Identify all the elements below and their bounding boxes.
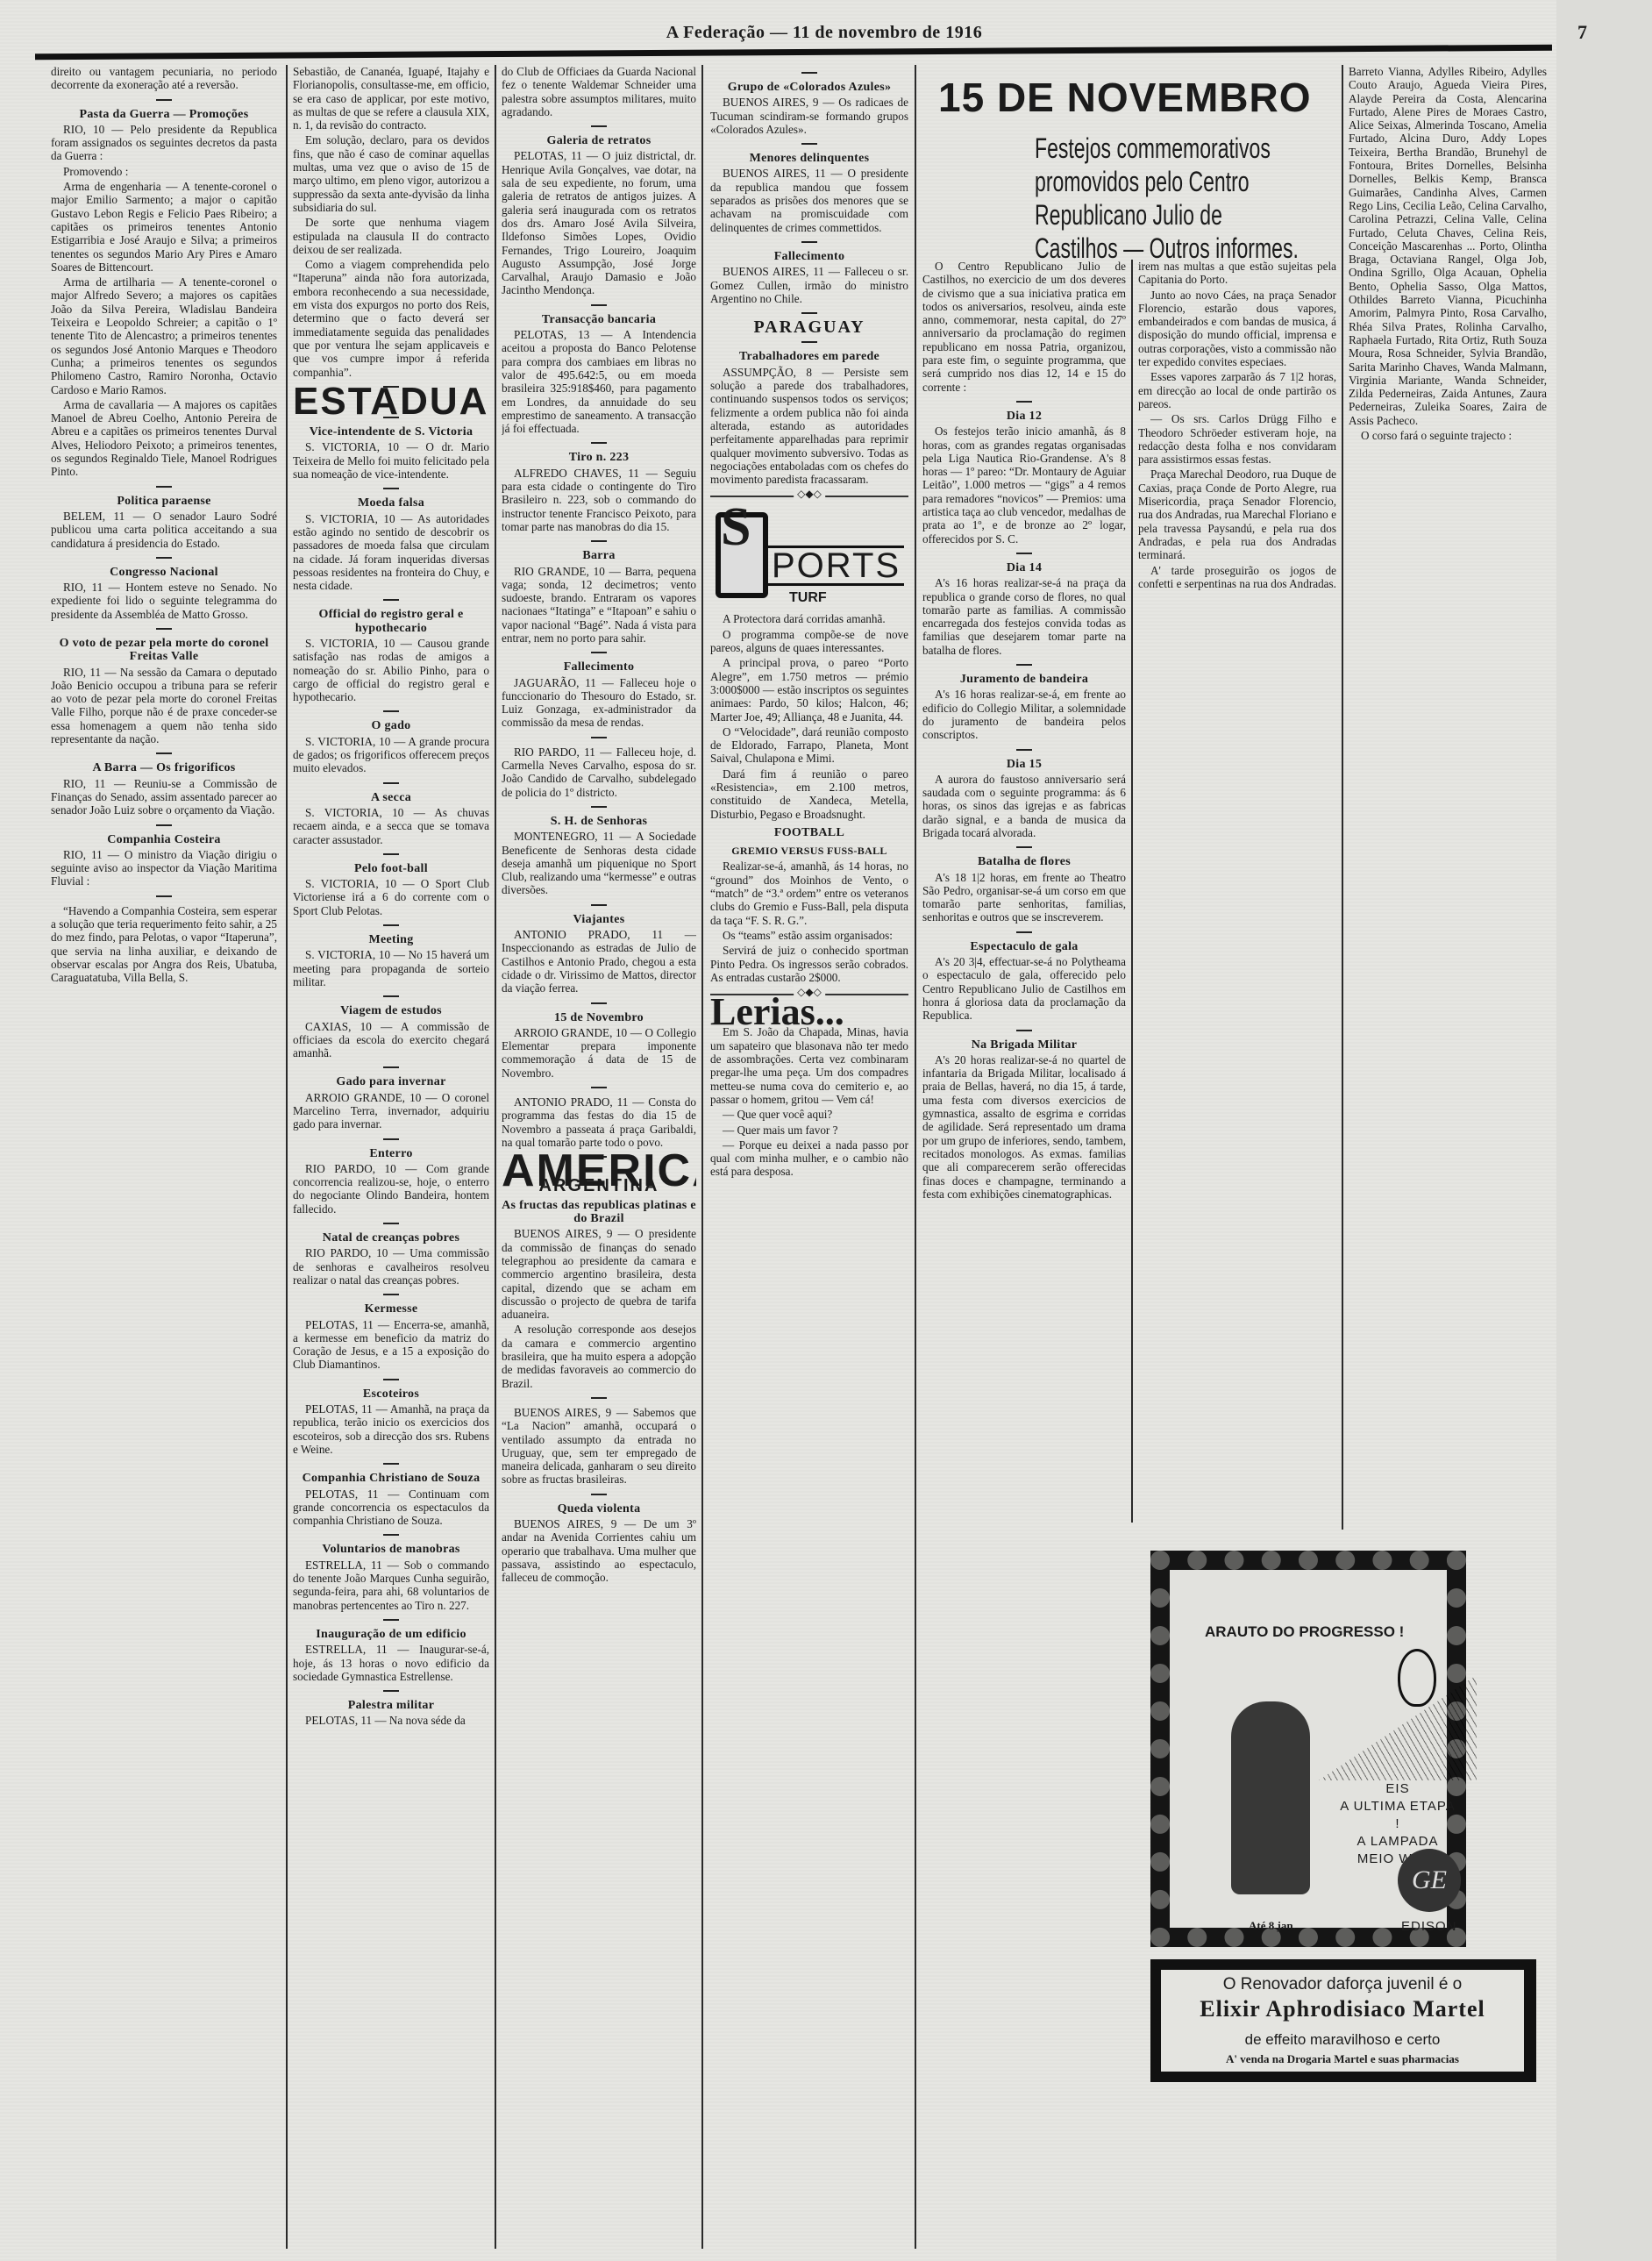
slogan-line: A ULTIMA ETAPA !	[1336, 1798, 1459, 1833]
paragraph: A's 16 horas realizar-se-á, em frente ao…	[922, 688, 1126, 741]
separator-dash	[801, 72, 817, 74]
section-heading: Galeria de retratos	[502, 134, 696, 147]
paragraph: PELOTAS, 11 — Amanhã, na praça da republ…	[293, 1402, 489, 1456]
separator-dash	[591, 1002, 607, 1004]
main-headline: 15 DE NOVEMBRO	[938, 74, 1315, 121]
column-divider	[495, 65, 496, 2249]
paragraph: S. VICTORIA, 10 — A grande procura de ga…	[293, 735, 489, 775]
column-divider	[915, 65, 916, 2249]
section-heading: Companhia Christiano de Souza	[293, 1472, 489, 1485]
paragraph: S. VICTORIA, 10 — O dr. Mario Teixeira d…	[293, 440, 489, 481]
section-heading: Fallecimento	[502, 660, 696, 674]
separator-dash	[383, 1463, 399, 1465]
section-heading: Natal de creanças pobres	[293, 1231, 489, 1245]
herald-figure-illustration	[1231, 1701, 1310, 1894]
column-divider	[1131, 260, 1133, 1523]
paragraph: ANTONIO PRADO, 11 — Inspeccionando as es…	[502, 928, 696, 995]
paragraph: RIO PARDO, 10 — Uma commissão de senhora…	[293, 1246, 489, 1287]
paragraph: “Havendo a Companhia Costeira, sem esper…	[51, 904, 277, 985]
paragraph: Arma de engenharia — A tenente-coronel o…	[51, 180, 277, 274]
separator-dash	[383, 1223, 399, 1224]
column-6: irem nas multas a que estão sujeitas pel…	[1138, 260, 1336, 1523]
column-5: O Centro Republicano Julio de Castilhos,…	[922, 260, 1126, 2250]
section-heading: Moeda falsa	[293, 496, 489, 510]
paragraph: S. VICTORIA, 10 — O Sport Club Victorien…	[293, 877, 489, 917]
lightbulb-icon	[1398, 1649, 1436, 1707]
separator-dash	[383, 1138, 399, 1140]
paragraph: O programma compõe-se de nove pareos, al…	[710, 628, 908, 655]
separator-dash	[156, 895, 172, 897]
separator-dash	[156, 824, 172, 826]
paragraph: irem nas multas a que estão sujeitas pel…	[1138, 260, 1336, 287]
section-heading: Dia 12	[922, 410, 1126, 423]
section-heading: As fructas das republicas platinas e do …	[502, 1199, 696, 1226]
section-heading: A Barra — Os frigorificos	[51, 761, 277, 774]
separator-dash	[1016, 846, 1032, 848]
main-subheadline: Festejos commemorativos promovidos pelo …	[1035, 132, 1300, 265]
paragraph: Arma de cavallaria — A majores os capitã…	[51, 398, 277, 479]
paragraph: RIO, 11 — O ministro da Viação dirigiu o…	[51, 848, 277, 888]
separator-dash	[383, 782, 399, 784]
paragraph: — Os srs. Carlos Drügg Filho e Theodoro …	[1138, 412, 1336, 466]
separator-dash	[156, 99, 172, 101]
slogan-line: A LAMPADA	[1336, 1833, 1459, 1851]
brand-name: EDISON	[1401, 1919, 1457, 1934]
paragraph: BUENOS AIRES, 9 — O presidente da commis…	[502, 1227, 696, 1321]
section-heading: Gado para invernar	[293, 1075, 489, 1088]
section-heading: Viajantes	[502, 913, 696, 926]
separator-dash	[591, 737, 607, 738]
edison-lamp-advertisement: ARAUTO DO PROGRESSO ! EIS A ULTIMA ETAPA…	[1150, 1551, 1466, 1947]
paragraph: RIO GRANDE, 10 — Barra, pequena vaga; so…	[502, 565, 696, 645]
paragraph: PELOTAS, 11 — Continuam com grande conco…	[293, 1487, 489, 1528]
section-heading: A secca	[293, 791, 489, 804]
paragraph: ANTONIO PRADO, 11 — Consta do programma …	[502, 1095, 696, 1149]
separator-dash	[383, 710, 399, 712]
separator-dash	[383, 924, 399, 926]
paragraph: Praça Marechal Deodoro, rua Duque de Cax…	[1138, 467, 1336, 561]
section-heading: Vice-intendente de S. Victoria	[293, 425, 489, 439]
separator-dash	[156, 486, 172, 488]
paragraph: A principal prova, o pareo “Porto Alegre…	[710, 656, 908, 723]
section-heading: Viagem de estudos	[293, 1004, 489, 1017]
section-heading: Politica paraense	[51, 495, 277, 508]
paragraph: S. VICTORIA, 10 — No 15 haverá um meetin…	[293, 948, 489, 988]
paragraph: BUENOS AIRES, 9 — De um 3º andar na Aven…	[502, 1517, 696, 1584]
paragraph: Dará fim á reunião o pareo «Resistencia»…	[710, 767, 908, 821]
section-heading: Kermesse	[293, 1302, 489, 1316]
section-heading: Menores delinquentes	[710, 152, 908, 165]
estadual-heading: ESTADUAL	[293, 395, 489, 408]
paragraph: ESTRELLA, 11 — Inaugurar-se-á, hoje, ás …	[293, 1643, 489, 1683]
paragraph: Sebastião, de Cananéa, Iguapé, Itajahy e…	[293, 65, 489, 132]
separator-dash	[591, 1087, 607, 1088]
names-list: Barreto Vianna, Adylles Ribeiro, Adylles…	[1349, 65, 1547, 427]
section-heading: Fallecimento	[710, 250, 908, 263]
paragraph: A's 18 1|2 horas, em frente ao Theatro S…	[922, 871, 1126, 924]
separator-dash	[591, 540, 607, 542]
separator-dash	[383, 1534, 399, 1536]
paragraph: PELOTAS, 11 — O juiz districtal, dr. Hen…	[502, 149, 696, 296]
separator-dash	[383, 599, 399, 601]
paragraph: ESTRELLA, 11 — Sob o commando do tenente…	[293, 1558, 489, 1612]
column-divider	[286, 65, 288, 2249]
paragraph: Os “teams” estão assim organisados:	[710, 929, 908, 942]
paragraph: Junto ao novo Cáes, na praça Senador Flo…	[1138, 289, 1336, 369]
section-heading: Palestra militar	[293, 1699, 489, 1712]
paragraph: A's 20 horas realizar-se-á no quartel de…	[922, 1053, 1126, 1201]
paragraph: Promovendo :	[51, 165, 277, 178]
section-heading: Congresso Nacional	[51, 566, 277, 579]
column-1: direito ou vantagem pecuniaria, no perio…	[51, 65, 277, 2249]
paragraph: A aurora do faustoso anniversario será s…	[922, 773, 1126, 839]
paragraph: S. VICTORIA, 10 — Causou grande satisfaç…	[293, 637, 489, 703]
section-heading: Barra	[502, 549, 696, 562]
paragraph: JAGUARÃO, 11 — Falleceu hoje o funcciona…	[502, 676, 696, 730]
paragraph: BUENOS AIRES, 11 — Falleceu o sr. Gomez …	[710, 265, 908, 305]
paragraph: O corso fará o seguinte trajecto :	[1349, 429, 1547, 442]
paragraph: O Centro Republicano Julio de Castilhos,…	[922, 260, 1126, 394]
light-rays-illustration	[1319, 1675, 1477, 1780]
section-heading: Transacção bancaria	[502, 313, 696, 326]
separator-dash	[591, 904, 607, 906]
paragraph: RIO, 11 — Reuniu-se a Commissão de Finan…	[51, 777, 277, 817]
section-list: Politica paraenseBELEM, 11 — O senador L…	[51, 486, 277, 985]
paragraph: ARROIO GRANDE, 10 — O coronel Marcelino …	[293, 1091, 489, 1131]
section-heading: Pasta da Guerra — Promoções	[51, 108, 277, 121]
separator-dash	[1016, 931, 1032, 933]
ad-product-name: Elixir Aphrodisiaco Martel	[1161, 1996, 1524, 2022]
section-heading: Enterro	[293, 1147, 489, 1160]
section-heading: Trabalhadores em parede	[710, 350, 908, 363]
masthead-title: A Federação — 11 de novembro de 1916	[666, 23, 982, 43]
ornament-divider	[710, 989, 908, 1000]
paragraph: Os festejos terão inicio amanhã, ás 8 ho…	[922, 424, 1126, 546]
separator-dash	[383, 1066, 399, 1068]
paragraph: BUENOS AIRES, 9 — Sabemos que “La Nacion…	[502, 1406, 696, 1487]
paragraph: A's 20 3|4, effectuar-se-á no Polytheama…	[922, 955, 1126, 1022]
sports-word: PORTS	[768, 546, 904, 586]
paragraph: Em S. João da Chapada, Minas, havia um s…	[710, 1025, 908, 1106]
paragraph: MONTENEGRO, 11 — A Sociedade Beneficente…	[502, 830, 696, 896]
match-heading: GREMIO VERSUS FUSS-BALL	[710, 845, 908, 858]
ge-logo-icon: GE	[1398, 1849, 1461, 1912]
separator-dash	[801, 241, 817, 243]
separator-dash	[383, 995, 399, 997]
section-list: Dia 12Os festejos terão inicio amanhã, á…	[922, 401, 1126, 1201]
separator-dash	[591, 125, 607, 127]
paragraph: A' tarde proseguirão os jogos de confett…	[1138, 564, 1336, 591]
page-number: 7	[1577, 21, 1587, 44]
section-heading: Voluntarios de manobras	[293, 1543, 489, 1556]
section-heading: Meeting	[293, 933, 489, 946]
ad-line: A' venda na Drogaria Martel e suas pharm…	[1161, 2052, 1524, 2066]
separator-dash	[591, 652, 607, 653]
sports-banner: S PORTS TURF	[710, 509, 908, 605]
section-heading: Tiro n. 223	[502, 451, 696, 464]
paragraph: Esses vapores zarparão ás 7 1|2 horas, e…	[1138, 370, 1336, 410]
section-heading: O voto de pezar pela morte do coronel Fr…	[51, 637, 277, 664]
paragraph: RIO, 11 — Hontem esteve no Senado. No ex…	[51, 581, 277, 621]
separator-dash	[1016, 401, 1032, 403]
column-7: Barreto Vianna, Adylles Ribeiro, Adylles…	[1349, 65, 1547, 1521]
section-heading: Inauguração de um edificio	[293, 1628, 489, 1641]
paragraph: RIO PARDO, 11 — Falleceu hoje, d. Carmel…	[502, 745, 696, 799]
paragraph: ALFREDO CHAVES, 11 — Seguiu para esta ci…	[502, 467, 696, 533]
section-heading: O gado	[293, 719, 489, 732]
separator-dash	[591, 1397, 607, 1399]
section-heading: 15 de Novembro	[502, 1011, 696, 1024]
paragraph: — Quer mais um favor ?	[710, 1123, 908, 1137]
paragraph: ARROIO GRANDE, 10 — O Collegio Elementar…	[502, 1026, 696, 1080]
paragraph: ASSUMPÇÃO, 8 — Persiste sem solução a pa…	[710, 366, 908, 487]
paragraph: BUENOS AIRES, 11 — O presidente da repub…	[710, 167, 908, 233]
paragraph: A Protectora dará corridas amanhã.	[710, 612, 908, 625]
column-4: Grupo de «Colorados Azules»BUENOS AIRES,…	[710, 65, 908, 2249]
ad-tagline: ARAUTO DO PROGRESSO !	[1205, 1623, 1404, 1642]
separator-dash	[156, 557, 172, 559]
separator-dash	[801, 143, 817, 145]
section-list: Vice-intendente de S. VictoriaS. VICTORI…	[293, 417, 489, 1728]
column-divider	[1342, 65, 1343, 1530]
separator-dash	[1016, 553, 1032, 554]
separator-dash	[591, 806, 607, 808]
paragraph: — Porque eu deixei a nada passo por qual…	[710, 1138, 908, 1179]
section-heading: Official do registro geral e hypothecari…	[293, 608, 489, 635]
separator-dash	[383, 1690, 399, 1692]
column-2: Sebastião, de Cananéa, Iguapé, Itajahy e…	[293, 65, 489, 2249]
lerias-heading: Lerias...	[710, 1005, 908, 1018]
separator-dash	[383, 488, 399, 489]
paragraph: PELOTAS, 11 — Encerra-se, amanhã, a kerm…	[293, 1318, 489, 1372]
section-heading: FOOTBALL	[710, 826, 908, 839]
sports-initial: S	[721, 521, 751, 534]
slogan-line: EIS	[1336, 1780, 1459, 1798]
section-list: Grupo de «Colorados Azules»BUENOS AIRES,…	[710, 72, 908, 305]
ad-line: de effeito maravilhoso e certo	[1161, 2031, 1524, 2049]
ad-footnote: Até 8 jan.	[1249, 1919, 1296, 1933]
separator-dash	[591, 1494, 607, 1495]
paragraph: RIO, 11 — Na sessão da Camara o deputado…	[51, 666, 277, 746]
section-list: Queda violentaBUENOS AIRES, 9 — De um 3º…	[502, 1494, 696, 1585]
section-list: Galeria de retratosPELOTAS, 11 — O juiz …	[502, 125, 696, 1149]
paragraph: Arma de artilharia — A tenente-coronel o…	[51, 275, 277, 396]
separator-dash	[383, 1379, 399, 1380]
paragraph: BUENOS AIRES, 9 — Os radicaes de Tucuman…	[710, 96, 908, 136]
column-3: do Club de Officiaes da Guarda Nacional …	[502, 65, 696, 2249]
paragraph: CAXIAS, 10 — A commissão de officiaes da…	[293, 1020, 489, 1060]
section-heading: Juramento de bandeira	[922, 673, 1126, 686]
separator-dash	[1016, 664, 1032, 666]
paragraph: Em solução, declaro, para os devidos fin…	[293, 133, 489, 214]
section-heading: Dia 14	[922, 561, 1126, 574]
paragraph: — Que quer você aqui?	[710, 1108, 908, 1121]
separator-dash	[591, 304, 607, 306]
separator-dash	[156, 628, 172, 630]
separator-dash	[801, 312, 817, 314]
paragraph: Servirá de juiz o conhecido sportman Pin…	[710, 944, 908, 984]
paragraph: Realizar-se-á, amanhã, ás 14 horas, no “…	[710, 859, 908, 926]
section-heading: Pelo foot-ball	[293, 862, 489, 875]
paragraph: PELOTAS, 11 — Na nova séde da	[293, 1714, 489, 1727]
separator-dash	[1016, 1030, 1032, 1031]
section-heading: S. H. de Senhoras	[502, 815, 696, 828]
paragraph: direito ou vantagem pecuniaria, no perio…	[51, 65, 277, 92]
paragraph: RIO, 10 — Pelo presidente da Republica f…	[51, 123, 277, 163]
sports-subtitle: TURF	[789, 591, 827, 604]
page-margin	[1556, 0, 1652, 2261]
paragraph: Como a viagem comprehendida pelo “Itaper…	[293, 258, 489, 379]
paragraph: do Club de Officiaes da Guarda Nacional …	[502, 65, 696, 118]
paragraph: RIO PARDO, 10 — Com grande concorrencia …	[293, 1162, 489, 1216]
column-divider	[701, 65, 703, 2249]
section-heading: Batalha de flores	[922, 855, 1126, 868]
separator-dash	[383, 1294, 399, 1295]
separator-dash	[156, 752, 172, 754]
elixir-martel-advertisement: O Renovador daforça juvenil é o Elixir A…	[1150, 1959, 1536, 2082]
separator-dash	[801, 341, 817, 343]
section-heading: Na Brigada Militar	[922, 1038, 1126, 1052]
separator-dash	[591, 442, 607, 444]
section-heading: Escoteiros	[293, 1387, 489, 1401]
separator-dash	[383, 853, 399, 855]
paragraph: A's 16 horas realizar-se-á na praça da r…	[922, 576, 1126, 657]
separator-dash	[383, 1619, 399, 1621]
paragraph: BELEM, 11 — O senador Lauro Sodré public…	[51, 510, 277, 550]
section-heading: Espectaculo de gala	[922, 940, 1126, 953]
separator-dash	[1016, 749, 1032, 751]
section-heading: Companhia Costeira	[51, 833, 277, 846]
section-heading: Queda violenta	[502, 1502, 696, 1516]
paragraph: A resolução corresponde aos desejos da c…	[502, 1323, 696, 1389]
paraguay-heading: PARAGUAY	[710, 321, 908, 334]
paragraph: S. VICTORIA, 10 — As autoridades estão a…	[293, 512, 489, 593]
paragraph: PELOTAS, 13 — A Intendencia aceitou a pr…	[502, 328, 696, 435]
paragraph: De sorte que nenhuma viagem estipulada n…	[293, 216, 489, 256]
paragraph: O “Velocidade”, dará reunião composto de…	[710, 725, 908, 766]
section-heading: Grupo de «Colorados Azules»	[710, 81, 908, 94]
section-list: Trabalhadores em paredeASSUMPÇÃO, 8 — Pe…	[710, 341, 908, 486]
section-heading: Dia 15	[922, 758, 1126, 771]
paragraph: S. VICTORIA, 10 — As chuvas recaem ainda…	[293, 806, 489, 846]
ad-line: O Renovador daforça juvenil é o	[1161, 1975, 1524, 1994]
